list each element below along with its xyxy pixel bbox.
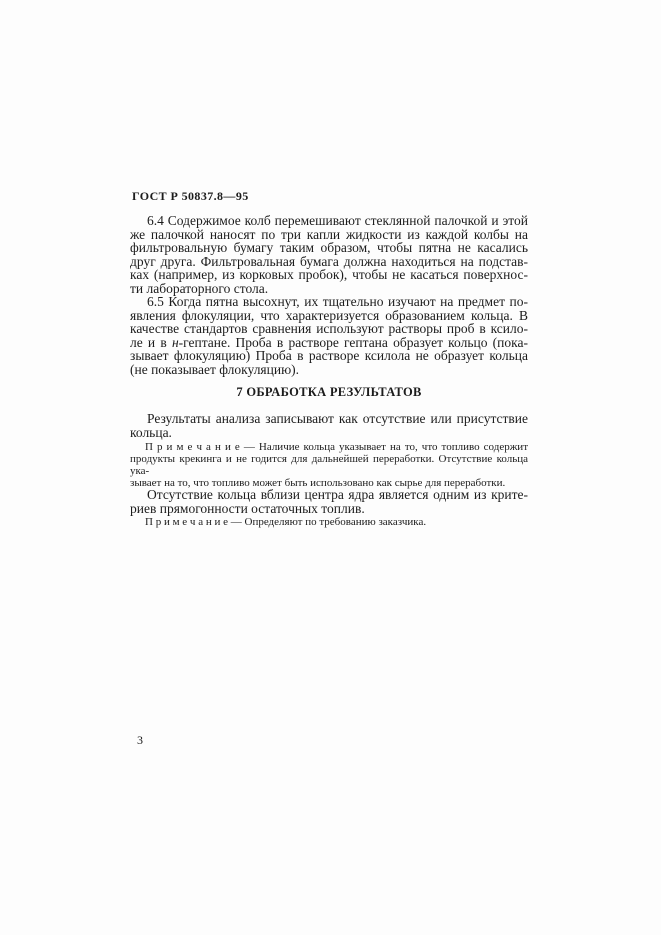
text-line: Результаты анализа записывают как отсутс… (130, 412, 528, 426)
text-line: П р и м е ч а н и е — Наличие кольца ука… (130, 441, 528, 453)
text-line: 6.5 Когда пятна высохнут, их тщательно и… (130, 295, 528, 309)
text-line: друг друга. Фильтровальная бумага должна… (130, 255, 528, 269)
text-line: явления флокуляции, что характеризуется … (130, 309, 528, 323)
page-number: 3 (137, 733, 143, 748)
paragraph-6-5: 6.5 Когда пятна высохнут, их тщательно и… (130, 295, 528, 376)
paragraph-6-4: 6.4 Содержимое колб перемешивают стеклян… (130, 214, 528, 295)
text-line: качестве стандартов сравнения используют… (130, 322, 528, 336)
paragraph-ring-criterion: Отсутствие кольца вблизи центра ядра явл… (130, 488, 528, 515)
text-column: 6.4 Содержимое колб перемешивают стеклян… (130, 214, 528, 528)
paragraph-results: Результаты анализа записывают как отсутс… (130, 412, 528, 439)
running-header: ГОСТ Р 50837.8—95 (132, 189, 249, 204)
text-line: продукты крекинга и не годится для дальн… (130, 453, 528, 477)
text-line: же палочкой наносят по три капли жидкост… (130, 228, 528, 242)
note-on-request: П р и м е ч а н и е — Определяют по треб… (130, 516, 528, 528)
text-line: зывает флокуляцию) Проба в растворе ксил… (130, 349, 528, 363)
text-line: (не показывает флокуляцию). (130, 363, 528, 377)
section-7-heading: 7 ОБРАБОТКА РЕЗУЛЬТАТОВ (130, 385, 528, 399)
text-line: ках (например, из корковых пробок), чтоб… (130, 268, 528, 282)
text-line: фильтровальную бумагу таким образом, что… (130, 241, 528, 255)
text-line: ле и в н-гептане. Проба в растворе гепта… (130, 336, 528, 350)
text-line: кольца. (130, 426, 528, 440)
document-page: ГОСТ Р 50837.8—95 6.4 Содержимое колб пе… (0, 0, 661, 935)
text-line: 6.4 Содержимое колб перемешивают стеклян… (130, 214, 528, 228)
text-line: риев прямогонности остаточных топлив. (130, 502, 528, 516)
text-line: П р и м е ч а н и е — Определяют по треб… (130, 516, 528, 528)
text-line: Отсутствие кольца вблизи центра ядра явл… (130, 488, 528, 502)
text-line: ти лабораторного стола. (130, 282, 528, 296)
note-ring-presence: П р и м е ч а н и е — Наличие кольца ука… (130, 441, 528, 489)
